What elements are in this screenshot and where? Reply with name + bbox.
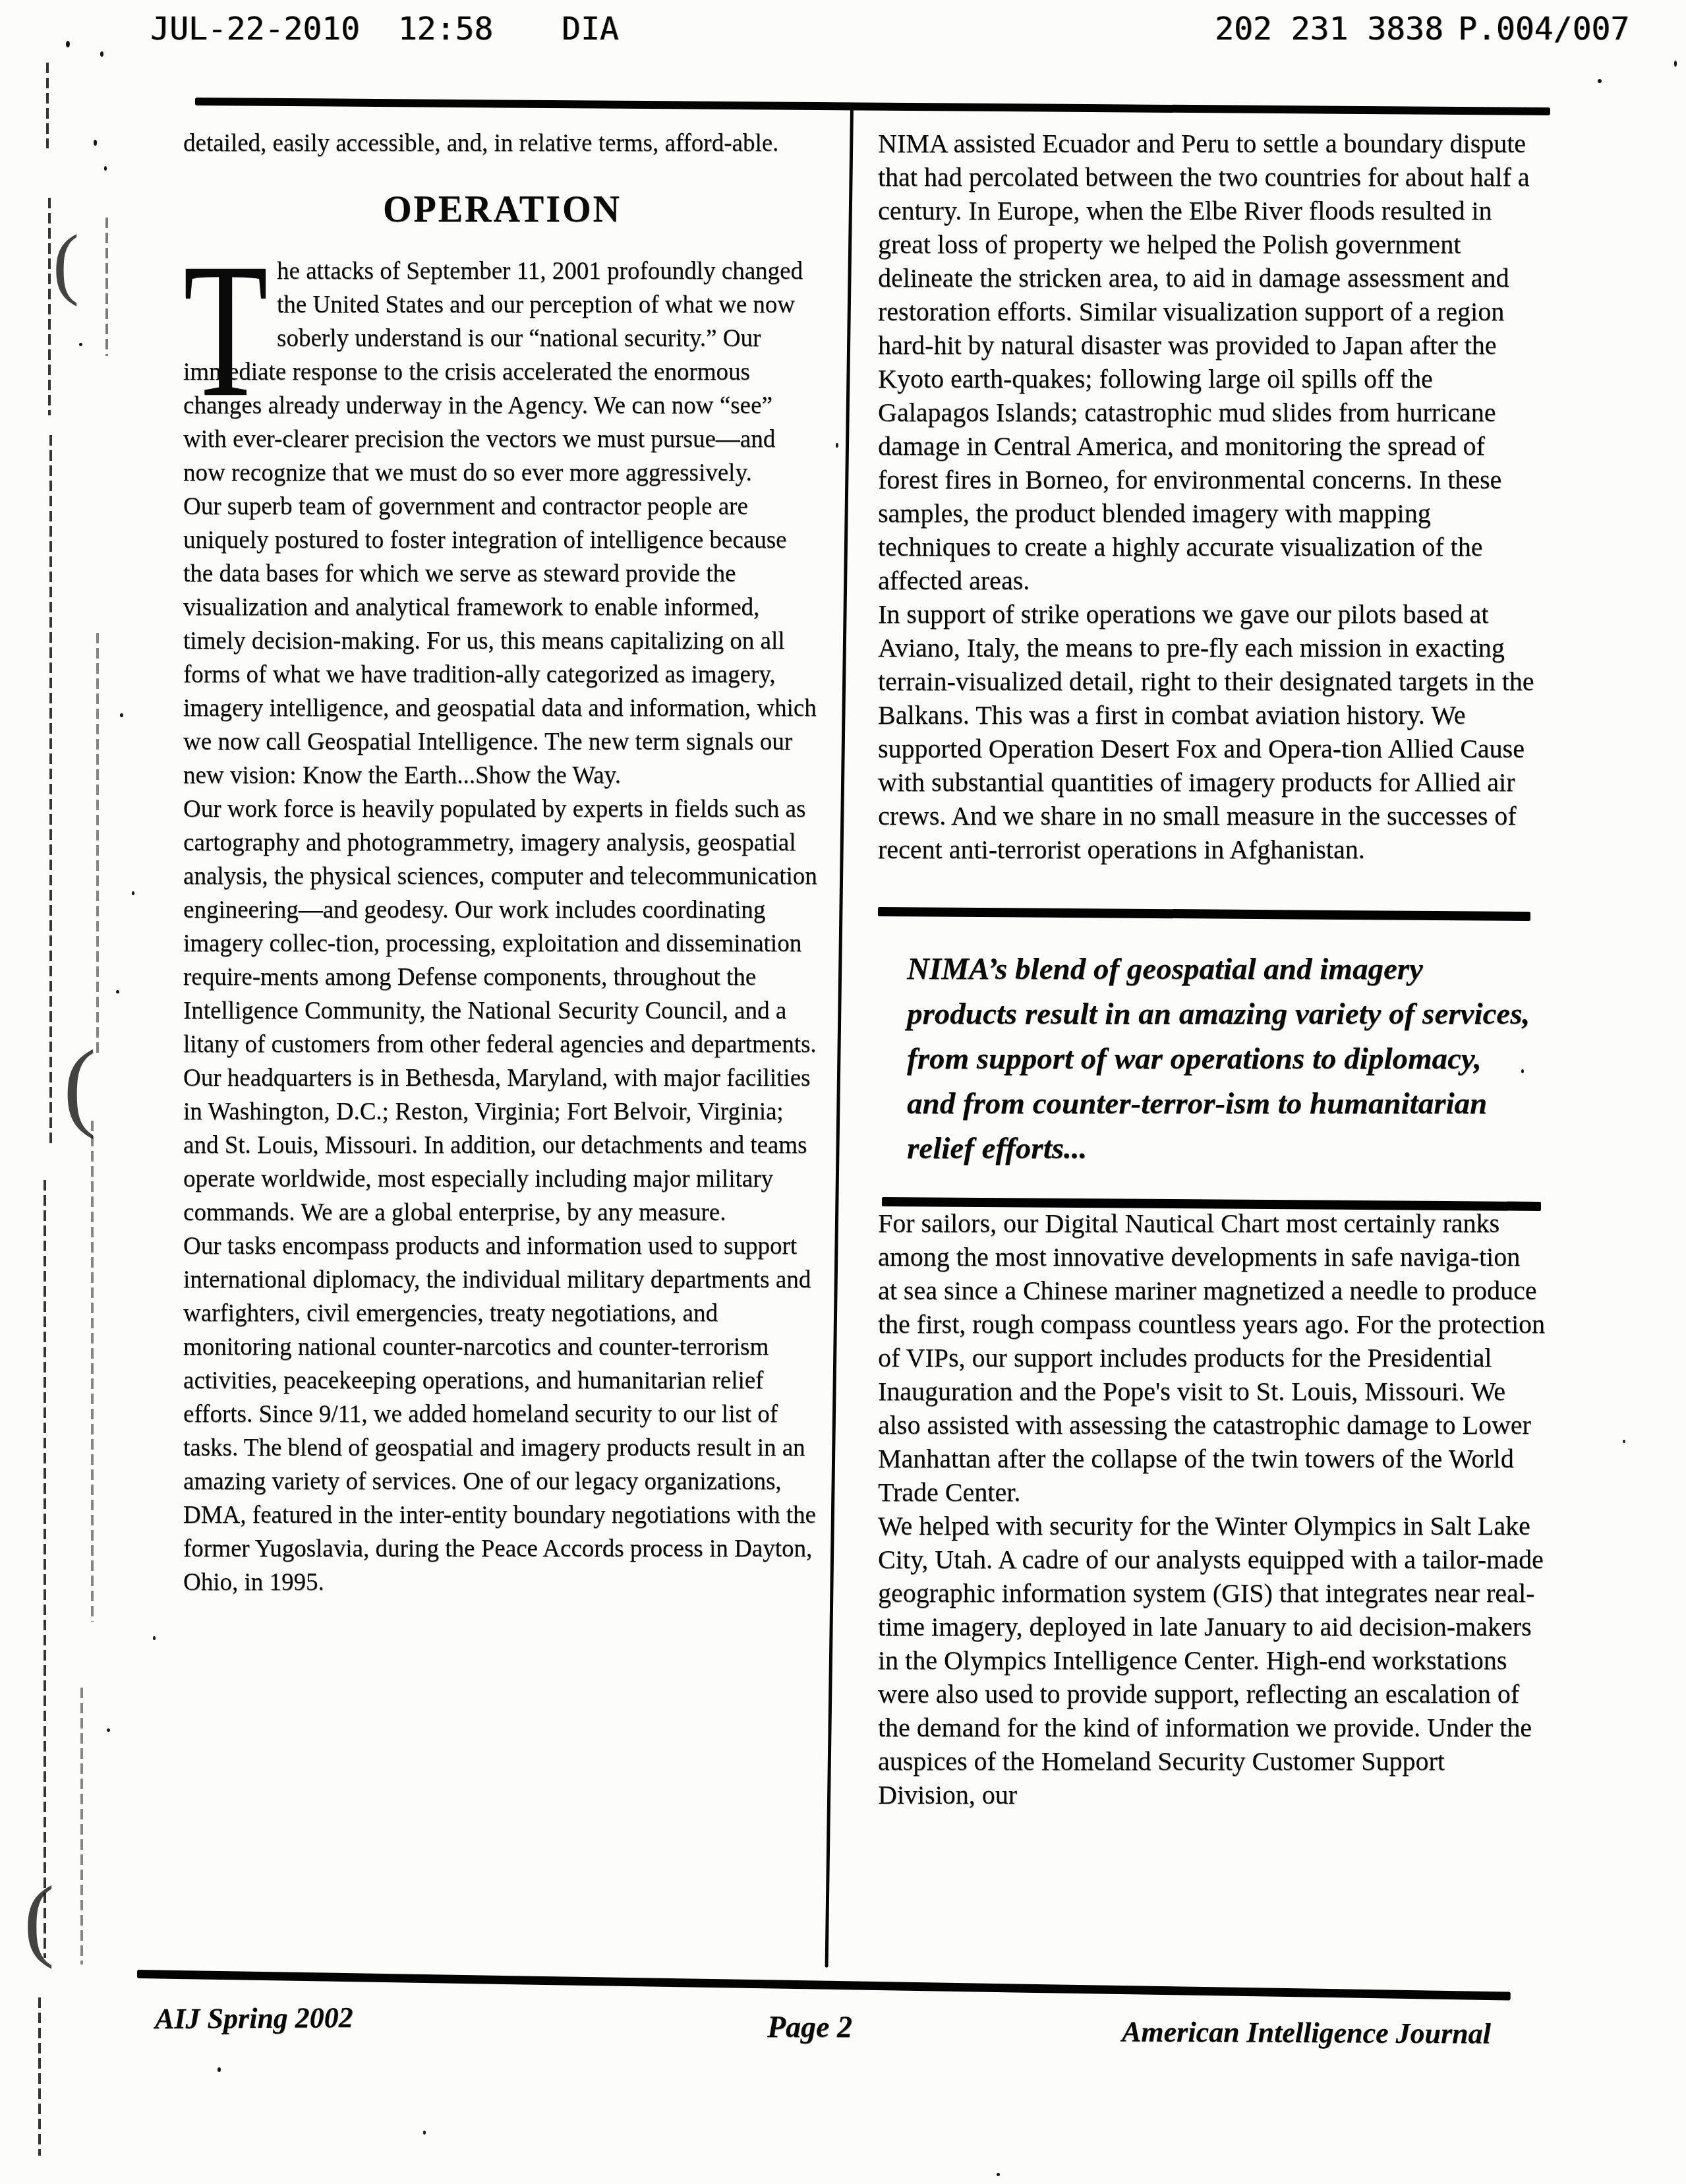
pull-quote: NIMA’s blend of geospatial and imagery p… <box>878 907 1545 1206</box>
scan-speckle <box>1598 79 1602 83</box>
dropcap-paragraph: The attacks of September 11, 2001 profou… <box>183 254 821 490</box>
scan-artifact-line <box>46 63 49 148</box>
scan-artifact-line <box>96 633 99 1055</box>
scan-artifact-line <box>49 435 52 1147</box>
pull-quote-rule-top <box>878 907 1530 921</box>
pull-quote-text: NIMA’s blend of geospatial and imagery p… <box>907 947 1536 1171</box>
scan-speckle <box>94 140 97 146</box>
paragraph: NIMA assisted Ecuador and Peru to settle… <box>878 127 1545 597</box>
scan-speckle <box>104 166 107 171</box>
paragraph: Our tasks encompass products and informa… <box>183 1229 821 1599</box>
scan-artifact-line <box>80 1688 83 1964</box>
paragraph: For sailors, our Digital Nautical Chart … <box>878 1206 1545 1509</box>
section-heading: OPERATION <box>183 190 821 229</box>
dropcap-letter: T <box>183 254 277 355</box>
left-column: detailed, easily accessible, and, in rel… <box>183 127 821 1599</box>
scan-speckle <box>116 990 119 993</box>
continuation-paragraph: detailed, easily accessible, and, in rel… <box>183 127 821 160</box>
scan-artifact-curve: ( <box>24 1866 55 1972</box>
scan-speckle <box>1521 1069 1524 1073</box>
scan-speckle <box>218 2067 221 2072</box>
scan-speckle <box>66 41 70 47</box>
scan-speckle <box>153 1636 156 1640</box>
scan-speckle <box>836 443 838 448</box>
scanned-fax-page: JUL-22-2010 12:58 DIA 202 231 3838 P.004… <box>0 0 1686 2184</box>
scan-artifact-line <box>38 1997 41 2156</box>
paragraph: In support of strike operations we gave … <box>878 597 1545 866</box>
scan-speckle <box>120 713 123 717</box>
scan-speckle <box>132 891 134 895</box>
footer-journal-issue: AIJ Spring 2002 <box>155 2001 353 2036</box>
scan-artifact-line <box>105 218 108 356</box>
paragraph: Our superb team of government and contra… <box>183 490 821 792</box>
scan-speckle <box>423 2131 426 2135</box>
fax-datetime: JUL-22-2010 12:58 <box>150 12 493 46</box>
scan-artifact-curve: ( <box>53 218 79 309</box>
scan-speckle <box>107 1728 110 1732</box>
fax-number: 202 231 3838 <box>1215 12 1443 46</box>
top-rule <box>195 98 1550 115</box>
right-column: NIMA assisted Ecuador and Peru to settle… <box>878 127 1545 1812</box>
footer-journal-name: American Intelligence Journal <box>1122 2015 1491 2051</box>
scan-artifact-curve: ( <box>63 1028 96 1142</box>
scan-artifact-line <box>91 1121 94 1622</box>
scan-speckle <box>100 51 103 57</box>
paragraph: Our work force is heavily populated by e… <box>183 792 821 1229</box>
fax-sender: DIA <box>562 12 619 46</box>
scan-speckle <box>997 2173 1000 2176</box>
scan-speckle <box>79 343 82 346</box>
fax-page-counter: P.004/007 <box>1458 12 1629 46</box>
scan-speckle <box>1623 1440 1625 1443</box>
scan-artifact-line <box>48 198 51 415</box>
paragraph: We helped with security for the Winter O… <box>878 1509 1545 1812</box>
footer-page-number: Page 2 <box>767 2009 852 2044</box>
column-divider <box>825 107 854 1968</box>
footer-rule <box>137 1970 1511 2000</box>
scan-speckle <box>1674 61 1677 67</box>
scan-artifact-line <box>44 1180 46 1958</box>
